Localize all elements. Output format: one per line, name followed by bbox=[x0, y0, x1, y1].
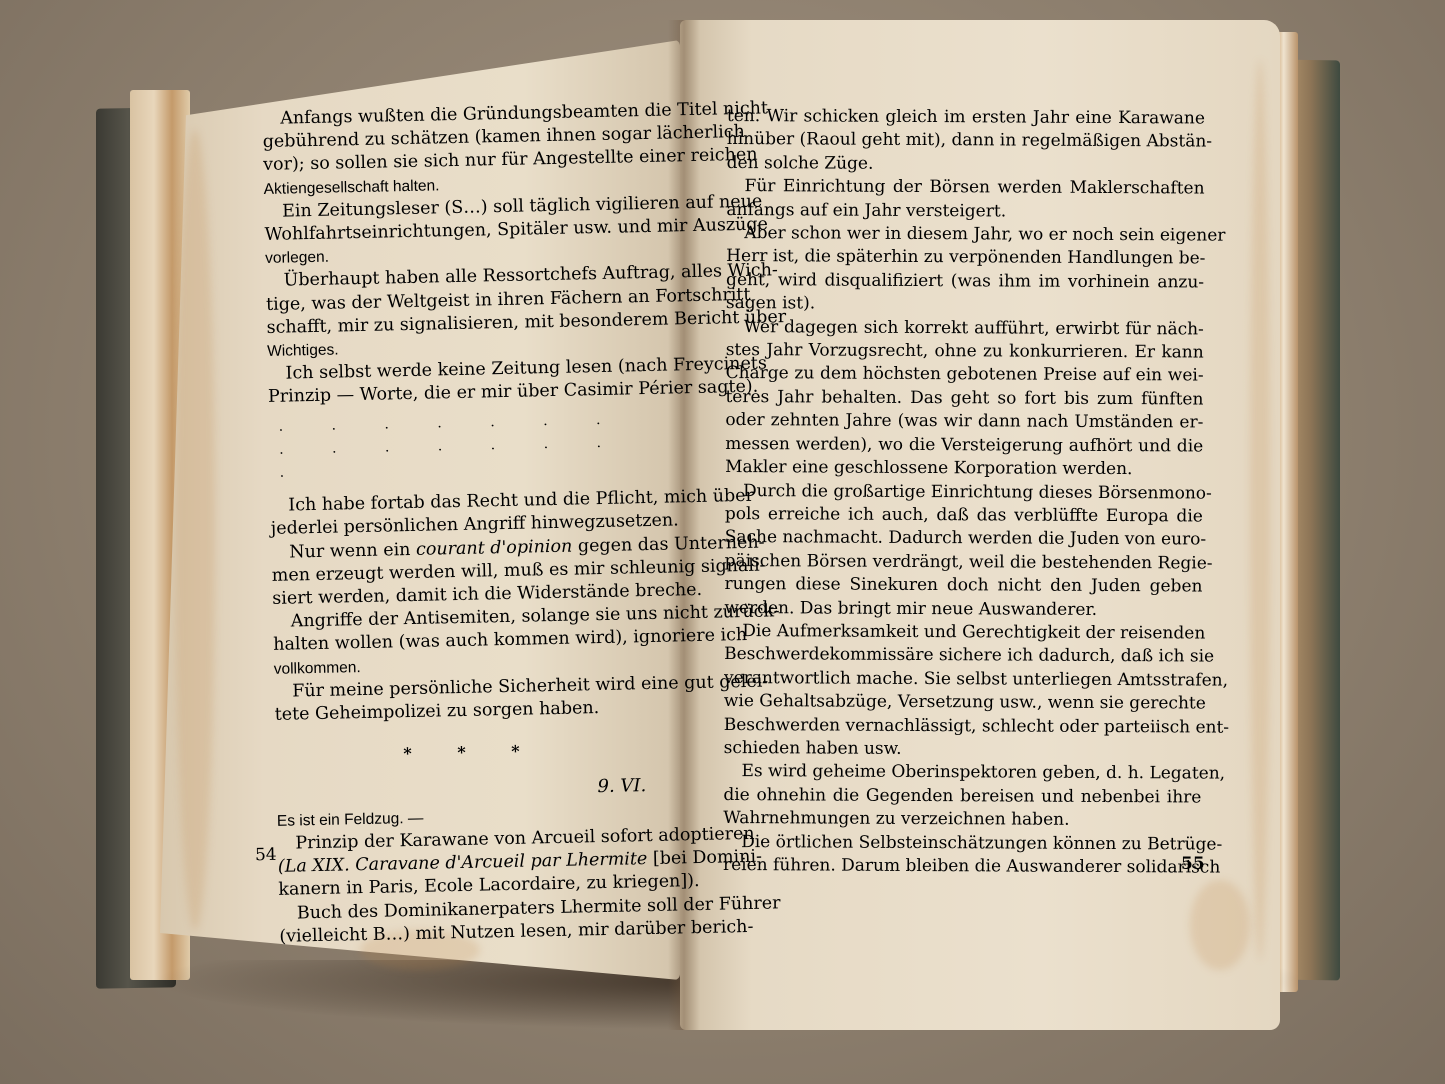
text-line: verantwortlich mache. Sie selbst unterli… bbox=[724, 667, 1202, 693]
text-line: päischen Börsen verdrängt, weil die best… bbox=[725, 550, 1203, 576]
text-line: werden. Das bringt mir neue Auswanderer. bbox=[724, 597, 1202, 623]
text-line: reien führen. Darum bleiben die Auswande… bbox=[723, 854, 1201, 880]
text-line: Wahrnehmungen zu verzeichnen haben. bbox=[723, 807, 1201, 833]
right-page-text: ten. Wir schicken gleich im ersten Jahr … bbox=[723, 105, 1205, 880]
text-line: Charge zu dem höchsten gebotenen Preise … bbox=[726, 362, 1204, 388]
text-fragment: Nur wenn ein bbox=[289, 540, 411, 563]
text-line: wie Gehaltsabzüge, Versetzung usw., wenn… bbox=[724, 690, 1202, 716]
entry-date: 9. VI. bbox=[276, 774, 668, 805]
text-line: rungen diese Sinekuren doch nicht den Ju… bbox=[724, 573, 1202, 599]
text-line: stes Jahr Vorzugsrecht, ohne zu konkurri… bbox=[726, 339, 1204, 365]
text-line: sagen ist). bbox=[726, 292, 1204, 318]
text-line: Wer dagegen sich korrekt aufführt, erwir… bbox=[726, 316, 1204, 342]
text-line: Sache nachmacht. Dadurch werden die Jude… bbox=[725, 526, 1203, 552]
ellipsis-separator: . . . . . . . . . . . . . . . bbox=[278, 407, 661, 485]
text-line: die ohnehin die Gegenden bereisen und ne… bbox=[723, 784, 1201, 810]
text-line: anfangs auf ein Jahr versteigert. bbox=[726, 199, 1204, 225]
text-line: Beschwerdekommissäre sichere ich dadurch… bbox=[724, 643, 1202, 669]
text-line: Die Aufmerksamkeit und Gerechtigkeit der… bbox=[724, 620, 1202, 646]
text-line: oder zehnten Jahre (was wir dann nach Um… bbox=[725, 409, 1203, 435]
text-line: Für Einrichtung der Börsen werden Makler… bbox=[727, 175, 1205, 201]
page-number-left: 54 bbox=[255, 845, 277, 865]
text-line: Makler eine geschlossene Korporation wer… bbox=[725, 456, 1203, 482]
photo-scene: Anfangs wußten die Gründungsbeamten die … bbox=[0, 0, 1445, 1084]
text-line: Beschwerden vernachlässigt, schlecht ode… bbox=[724, 714, 1202, 740]
left-page-text: Anfangs wußten die Gründungsbeamten die … bbox=[262, 100, 672, 949]
text-line: ten. Wir schicken gleich im ersten Jahr … bbox=[727, 105, 1205, 131]
text-line: hinüber (Raoul geht mit), dann in regelm… bbox=[727, 128, 1205, 154]
text-line: Aber schon wer in diesem Jahr, wo er noc… bbox=[726, 222, 1204, 248]
text-line: geht, wird disqualifiziert (was ihm im v… bbox=[726, 269, 1204, 295]
text-line: messen werden), wo die Versteigerung auf… bbox=[725, 433, 1203, 459]
foxing-stain bbox=[175, 130, 215, 930]
text-line: teres Jahr behalten. Das geht so fort bi… bbox=[725, 386, 1203, 412]
text-line: den solche Züge. bbox=[727, 152, 1205, 178]
foxing-stain bbox=[1190, 880, 1250, 970]
text-line: Durch die großartige Einrichtung dieses … bbox=[725, 479, 1203, 505]
italic-phrase: courant d'opinion bbox=[416, 536, 573, 559]
foxing-stain bbox=[1250, 60, 1270, 960]
section-asterisks: * * * bbox=[275, 737, 667, 768]
text-line: Es wird geheime Oberinspektoren geben, d… bbox=[723, 760, 1201, 786]
text-line: pols erreiche ich auch, daß das verblüff… bbox=[725, 503, 1203, 529]
text-line: Die örtlichen Selbsteinschätzungen könne… bbox=[723, 831, 1201, 857]
page-number-right: 55 bbox=[1181, 854, 1205, 874]
text-line: schieden haben usw. bbox=[724, 737, 1202, 763]
text-line: Herr ist, die späterhin zu verpönenden H… bbox=[726, 245, 1204, 271]
